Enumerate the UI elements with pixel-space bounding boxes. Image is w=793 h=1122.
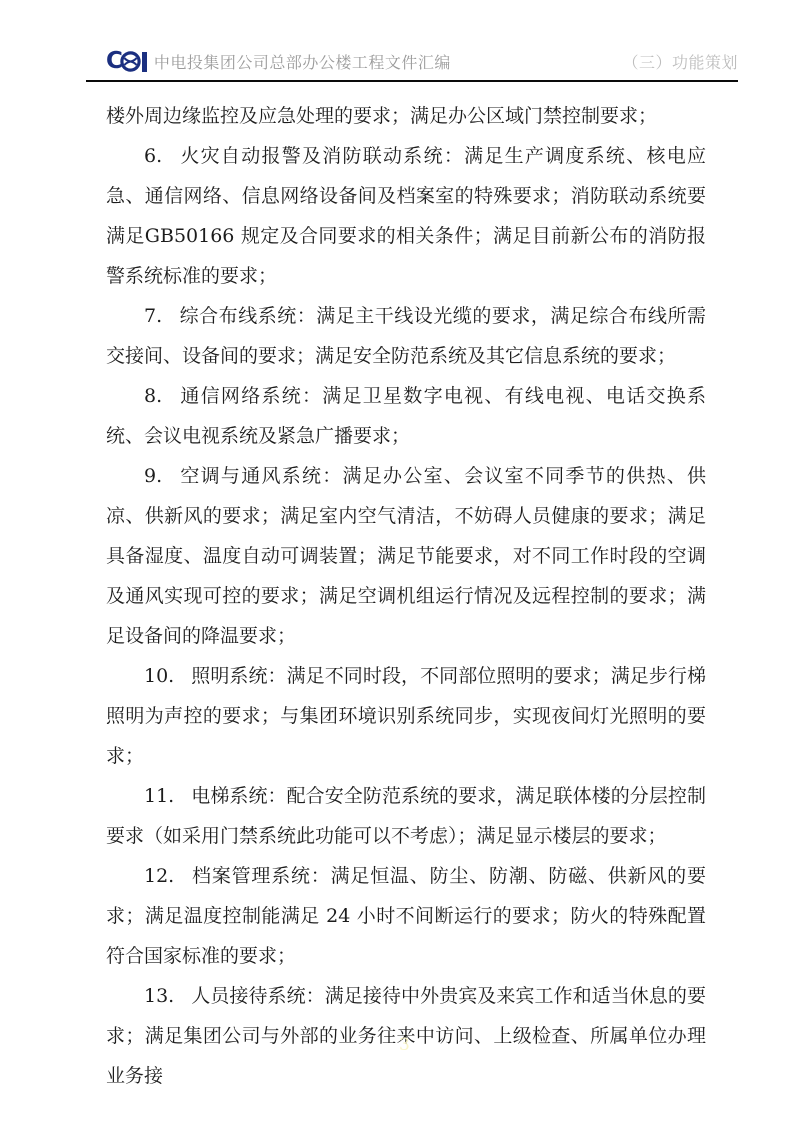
logo-bar (142, 52, 147, 72)
page-header: C 中电投集团公司总部办公楼工程文件汇编 （三）功能策划 (86, 50, 738, 82)
item-text: 电梯系统：配合安全防范系统的要求，满足联体楼的分层控制要求（如采用门禁系统此功能… (106, 785, 706, 847)
list-item-10: 10.照明系统：满足不同时段，不同部位照明的要求；满足步行梯照明为声控的要求；与… (106, 656, 706, 776)
item-number: 13. (144, 985, 174, 1007)
item-text: 通信网络系统：满足卫星数字电视、有线电视、电话交换系统、会议电视系统及紧急广播要… (106, 385, 706, 447)
list-item-12: 12.档案管理系统：满足恒温、防尘、防潮、防磁、供新风的要求；满足温度控制能满足… (106, 856, 706, 976)
logo-letter-c: C (106, 51, 121, 72)
item-text: 火灾自动报警及消防联动系统：满足生产调度系统、核电应急、通信网络、信息网络设备间… (106, 145, 706, 287)
continuation-paragraph: 楼外周边缘监控及应急处理的要求；满足办公区域门禁控制要求； (106, 96, 706, 136)
item-number: 9. (144, 465, 162, 487)
header-title: 中电投集团公司总部办公楼工程文件汇编 (154, 50, 451, 73)
list-item-11: 11.电梯系统：配合安全防范系统的要求，满足联体楼的分层控制要求（如采用门禁系统… (106, 776, 706, 856)
item-text: 照明系统：满足不同时段，不同部位照明的要求；满足步行梯照明为声控的要求；与集团环… (106, 665, 706, 767)
item-number: 11. (144, 785, 174, 807)
page-number: 3 (399, 1035, 410, 1055)
header-section-label: （三）功能策划 (622, 50, 738, 73)
cpi-logo: C (106, 51, 147, 72)
item-number: 6. (144, 145, 162, 167)
logo-knot-icon (120, 51, 141, 72)
item-number: 7. (144, 305, 162, 327)
list-item-8: 8.通信网络系统：满足卫星数字电视、有线电视、电话交换系统、会议电视系统及紧急广… (106, 376, 706, 456)
document-body: 楼外周边缘监控及应急处理的要求；满足办公区域门禁控制要求； 6.火灾自动报警及消… (106, 96, 706, 1096)
item-text: 档案管理系统：满足恒温、防尘、防潮、防磁、供新风的要求；满足温度控制能满足 24… (106, 865, 706, 967)
item-text: 综合布线系统：满足主干线设光缆的要求，满足综合布线所需交接间、设备间的要求；满足… (106, 305, 706, 367)
document-page: C 中电投集团公司总部办公楼工程文件汇编 （三）功能策划 楼外周边缘监控及应急处… (0, 0, 793, 1122)
item-number: 8. (144, 385, 162, 407)
item-number: 10. (144, 665, 174, 687)
item-number: 12. (144, 865, 174, 887)
list-item-9: 9.空调与通风系统：满足办公室、会议室不同季节的供热、供凉、供新风的要求；满足室… (106, 456, 706, 656)
item-text: 空调与通风系统：满足办公室、会议室不同季节的供热、供凉、供新风的要求；满足室内空… (106, 465, 706, 647)
list-item-6: 6.火灾自动报警及消防联动系统：满足生产调度系统、核电应急、通信网络、信息网络设… (106, 136, 706, 296)
list-item-7: 7.综合布线系统：满足主干线设光缆的要求，满足综合布线所需交接间、设备间的要求；… (106, 296, 706, 376)
